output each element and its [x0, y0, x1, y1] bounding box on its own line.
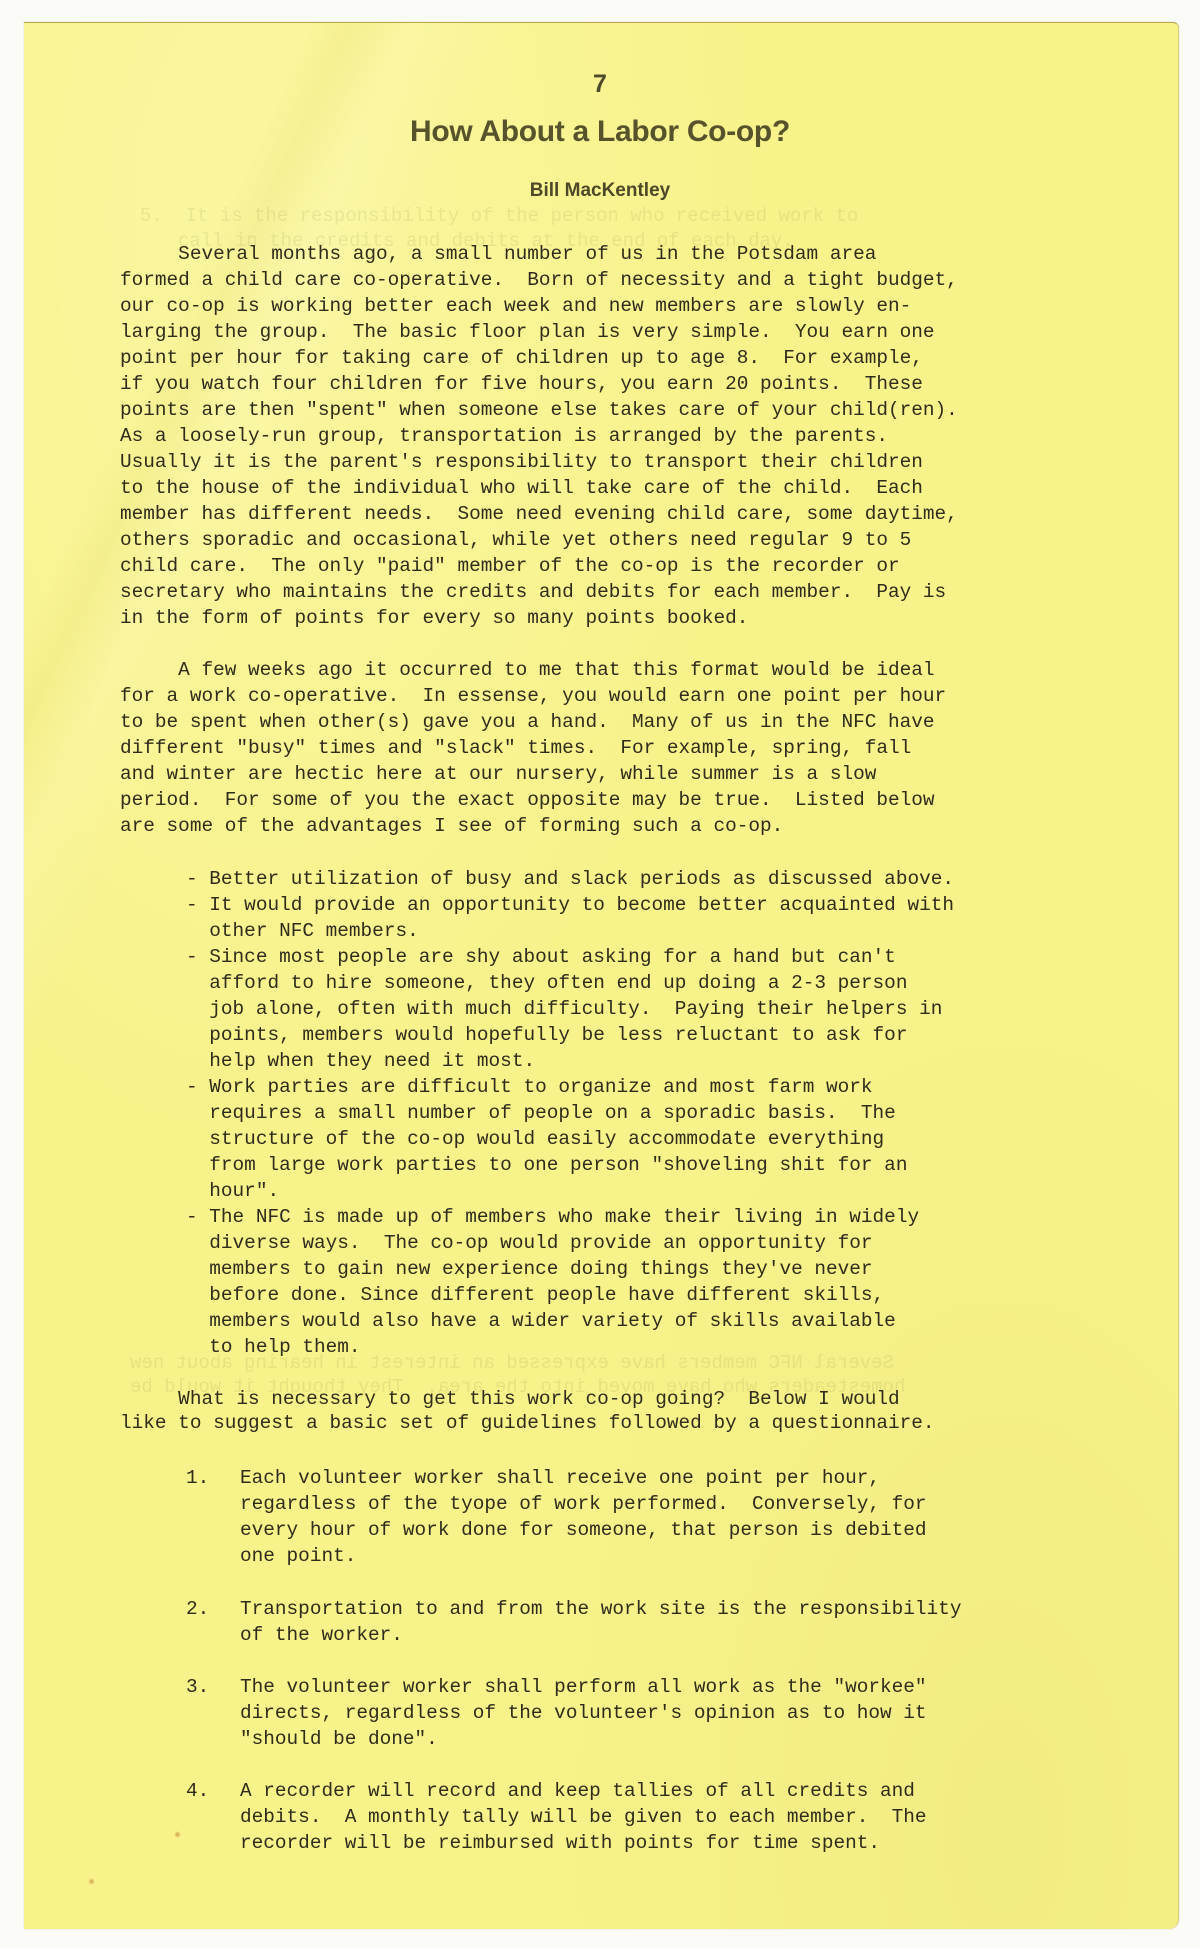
text-line: points are then "spent" when someone els…: [120, 399, 958, 421]
text-line: from large work parties to one person "s…: [186, 1154, 907, 1176]
text-line: structure of the co-op would easily acco…: [186, 1128, 884, 1150]
text-line: for a work co-operative. In essense, you…: [120, 685, 946, 707]
text-line: every hour of work done for someone, tha…: [240, 1519, 927, 1541]
text-line: are some of the advantages I see of form…: [120, 815, 783, 837]
text-line: recorder will be reimbursed with points …: [240, 1832, 880, 1854]
text-line: in the form of points for every so many …: [120, 607, 748, 629]
text-line: period. For some of you the exact opposi…: [120, 789, 935, 811]
text-line: As a loosely-run group, transportation i…: [120, 425, 888, 447]
guideline-number: 2.: [186, 1598, 209, 1620]
text-line: members to gain new experience doing thi…: [186, 1258, 873, 1280]
text-line: "should be done".: [240, 1728, 438, 1750]
text-line: help when they need it most.: [186, 1050, 535, 1072]
text-line: debits. A monthly tally will be given to…: [240, 1806, 927, 1828]
text-line: diverse ways. The co-op would provide an…: [186, 1232, 873, 1254]
text-line: to the house of the individual who will …: [120, 477, 923, 499]
text-line: formed a child care co-operative. Born o…: [120, 269, 958, 291]
text-line: The volunteer worker shall perform all w…: [240, 1676, 927, 1698]
text-line: Transportation to and from the work site…: [240, 1598, 961, 1620]
text-line: What is necessary to get this work co-op…: [120, 1388, 900, 1410]
text-line: Several months ago, a small number of us…: [120, 243, 876, 265]
text-line: - Better utilization of busy and slack p…: [186, 868, 954, 890]
text-line: - It would provide an opportunity to bec…: [186, 894, 954, 916]
text-line: different "busy" times and "slack" times…: [120, 737, 911, 759]
guideline-number: 4.: [186, 1780, 209, 1802]
text-line: one point.: [240, 1545, 356, 1567]
text-line: other NFC members.: [186, 920, 419, 942]
article-body: Several months ago, a small number of us…: [0, 0, 1200, 1948]
text-line: - Work parties are difficult to organize…: [186, 1076, 873, 1098]
text-line: larging the group. The basic floor plan …: [120, 321, 935, 343]
text-line: to be spent when other(s) gave you a han…: [120, 711, 935, 733]
text-line: points, members would hopefully be less …: [186, 1024, 907, 1046]
text-line: requires a small number of people on a s…: [186, 1102, 896, 1124]
text-line: child care. The only "paid" member of th…: [120, 555, 900, 577]
text-line: member has different needs. Some need ev…: [120, 503, 958, 525]
text-line: secretary who maintains the credits and …: [120, 581, 946, 603]
text-line: like to suggest a basic set of guideline…: [120, 1412, 935, 1434]
text-line: point per hour for taking care of childr…: [120, 347, 923, 369]
text-line: Usually it is the parent's responsibilit…: [120, 451, 923, 473]
text-line: and winter are hectic here at our nurser…: [120, 763, 876, 785]
text-line: - The NFC is made up of members who make…: [186, 1206, 919, 1228]
text-line: before done. Since different people have…: [186, 1284, 884, 1306]
text-line: our co-op is working better each week an…: [120, 295, 911, 317]
guideline-number: 1.: [186, 1467, 209, 1489]
guideline-number: 3.: [186, 1676, 209, 1698]
text-line: A recorder will record and keep tallies …: [240, 1780, 915, 1802]
text-line: members would also have a wider variety …: [186, 1310, 896, 1332]
text-line: afford to hire someone, they often end u…: [186, 972, 907, 994]
text-line: regardless of the tyope of work performe…: [240, 1493, 927, 1515]
text-line: directs, regardless of the volunteer's o…: [240, 1702, 927, 1724]
text-line: A few weeks ago it occurred to me that t…: [120, 659, 935, 681]
text-line: to help them.: [186, 1336, 361, 1358]
text-line: of the worker.: [240, 1624, 403, 1646]
text-line: - Since most people are shy about asking…: [186, 946, 896, 968]
text-line: Each volunteer worker shall receive one …: [240, 1467, 880, 1489]
text-line: others sporadic and occasional, while ye…: [120, 529, 911, 551]
text-line: job alone, often with much difficulty. P…: [186, 998, 942, 1020]
text-line: if you watch four children for five hour…: [120, 373, 923, 395]
text-line: hour".: [186, 1180, 279, 1202]
